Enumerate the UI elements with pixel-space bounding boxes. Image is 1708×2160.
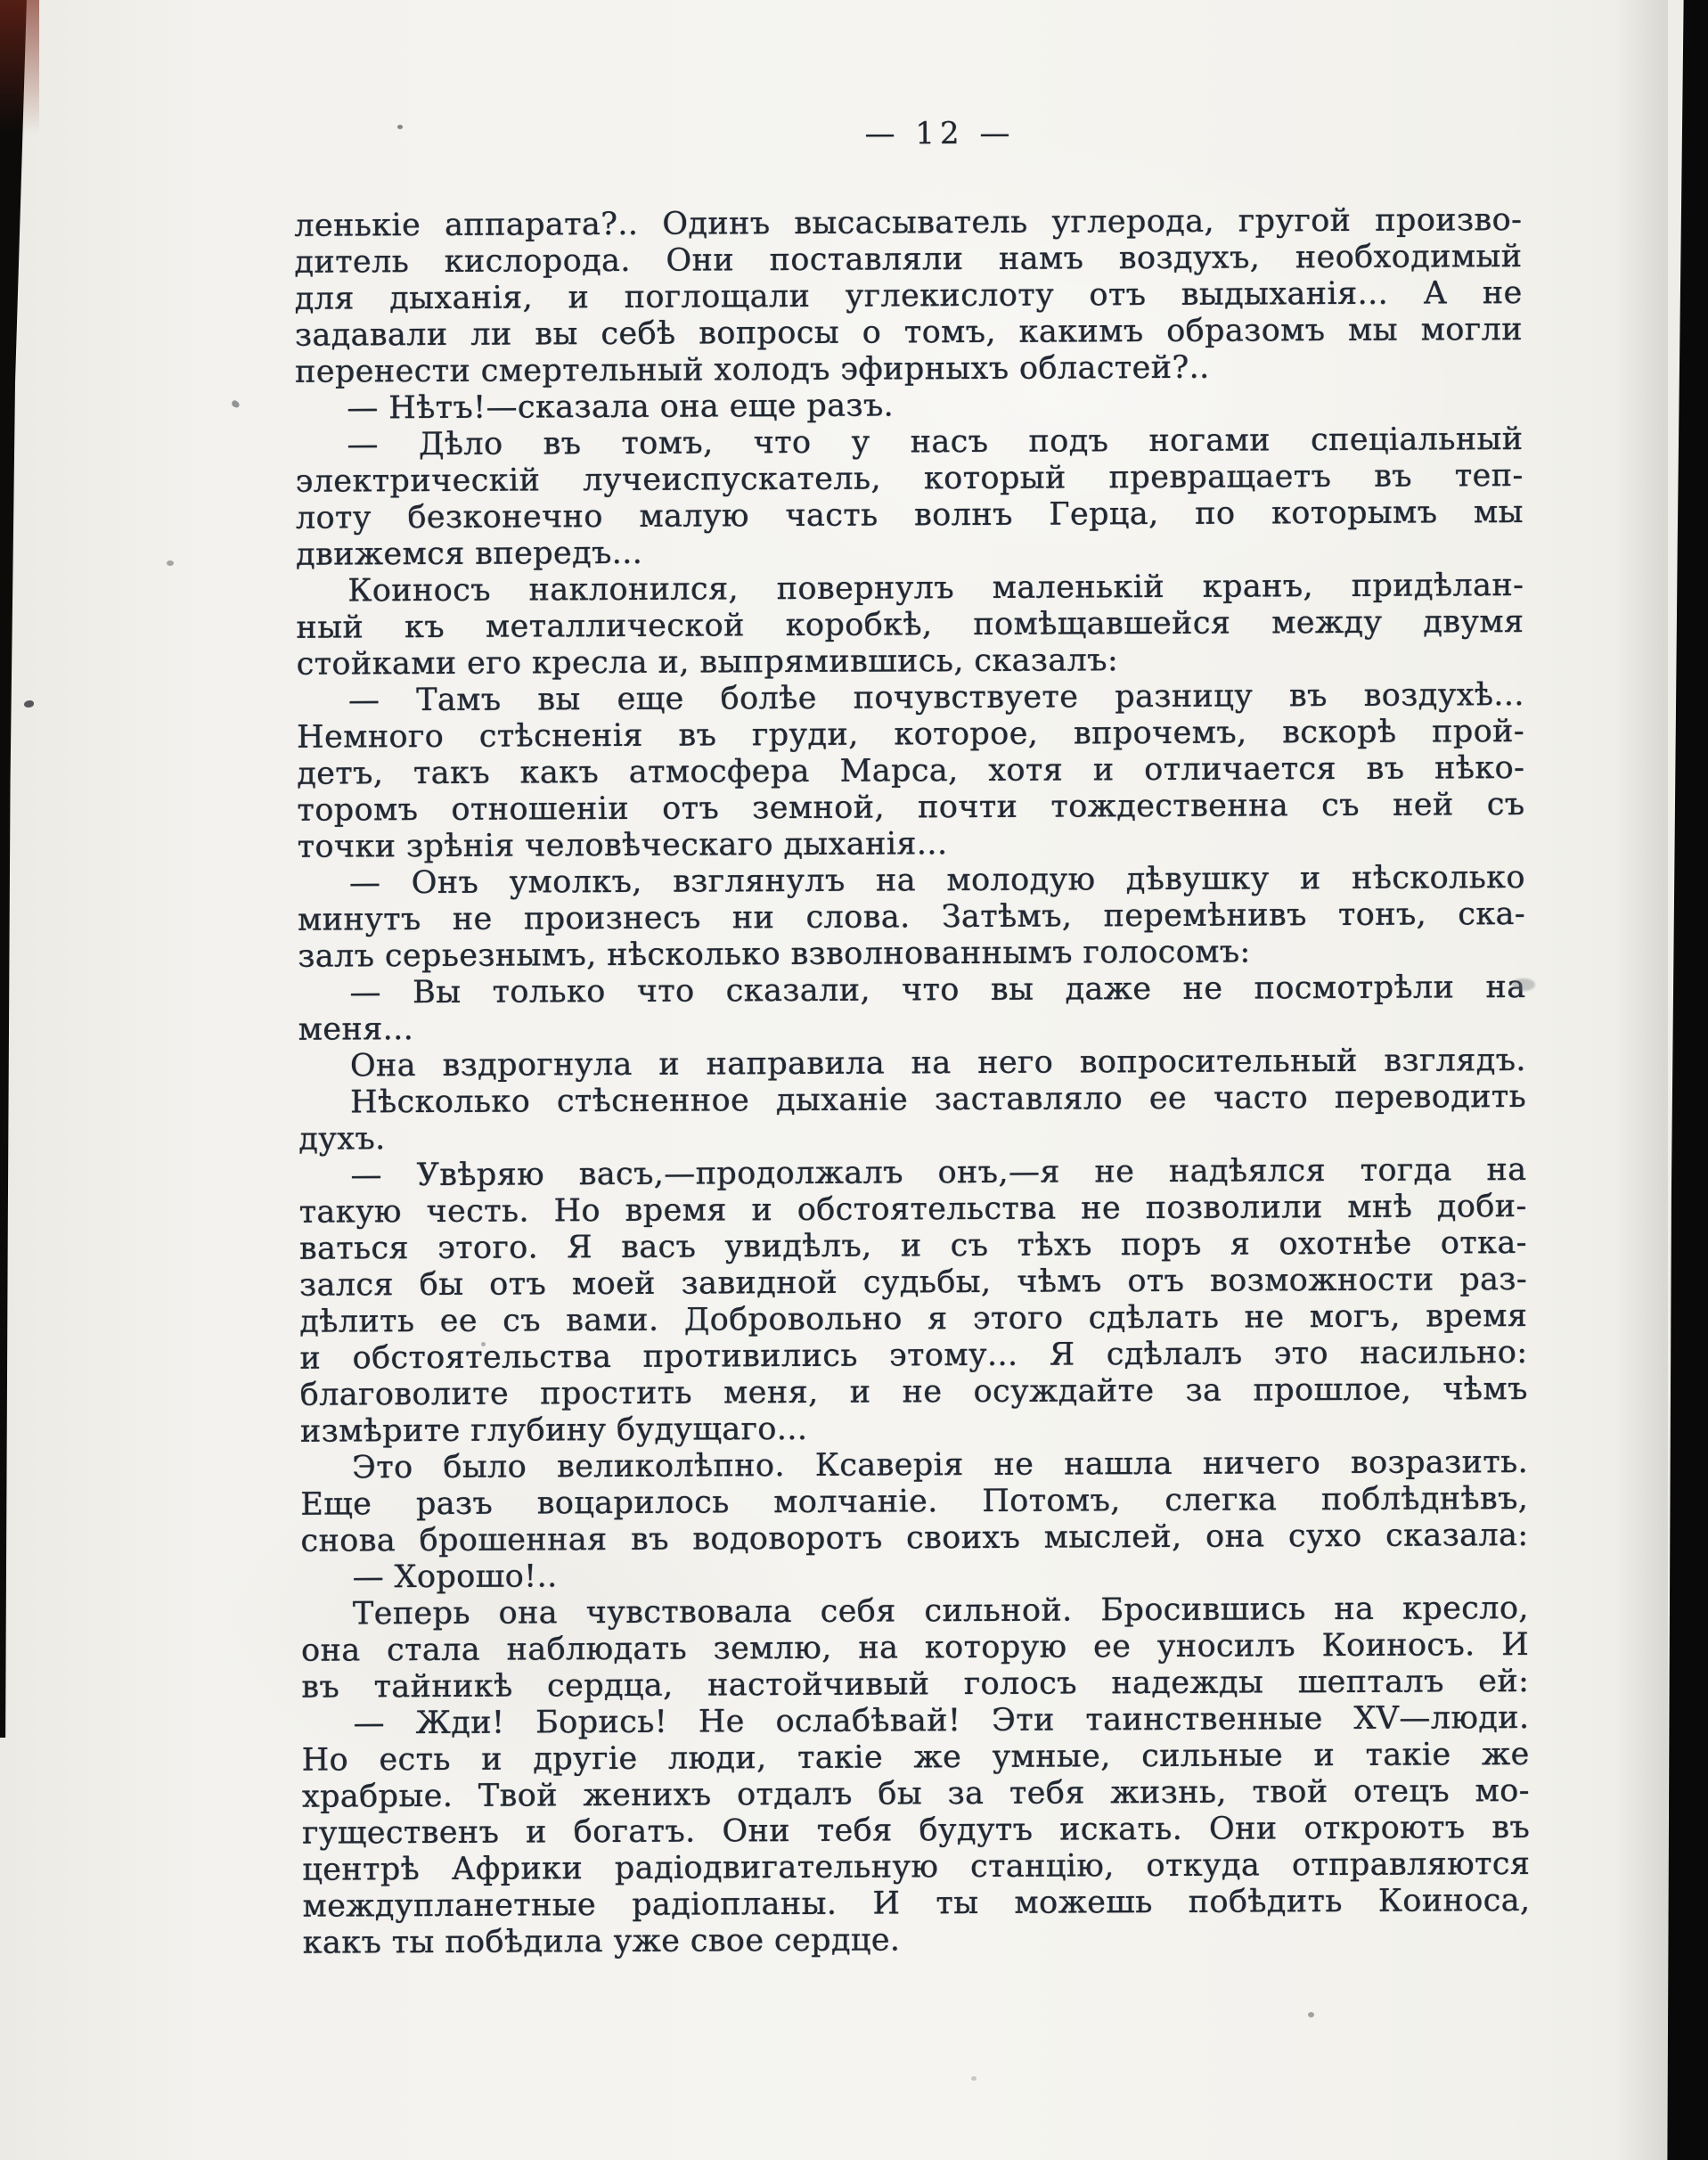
text-line: перенести смертельный холодъ эфирныхъ об… xyxy=(295,348,1523,391)
text-line: ваться этого. Я васъ увидѣлъ, и съ тѣхъ … xyxy=(299,1225,1527,1268)
ink-speck xyxy=(167,560,174,566)
text-line: Теперь она чувствовала себя сильной. Бро… xyxy=(301,1591,1529,1633)
text-line: дѣлить ее съ вами. Добровольно я этого с… xyxy=(299,1298,1527,1341)
text-line: лоту безконечно малую часть волнъ Герца,… xyxy=(296,495,1524,537)
text-line: Еще разъ воцарилось молчаніе. Потомъ, сл… xyxy=(300,1481,1528,1524)
scan-border-left xyxy=(0,0,30,1738)
scan-corner-tint xyxy=(0,0,39,134)
text-line: духъ. xyxy=(298,1116,1526,1158)
text-line: междупланетные радіопланы. И ты можешь п… xyxy=(302,1883,1530,1926)
text-line: измѣрите глубину будущаго... xyxy=(300,1408,1528,1451)
text-line: гущественъ и богатъ. Они тебя будутъ иск… xyxy=(302,1810,1530,1853)
text-line: — Хорошо!.. xyxy=(301,1554,1529,1597)
text-line: какъ ты побѣдила уже свое сердце. xyxy=(303,1919,1531,1962)
ink-speck xyxy=(481,1342,486,1346)
text-line: меня... xyxy=(298,1006,1526,1049)
text-line: — Увѣряю васъ,—продолжалъ онъ,—я не надѣ… xyxy=(298,1152,1526,1195)
text-line: благоволите простить меня, и не осуждайт… xyxy=(300,1371,1528,1414)
page-edge-shadow xyxy=(1614,0,1668,2160)
page-text: ленькіе аппарата?.. Одинъ высасыватель у… xyxy=(294,202,1531,1962)
text-line: — Вы только что сказали, что вы даже не … xyxy=(298,970,1525,1012)
text-line: Коиносъ наклонился, повернулъ маленькій … xyxy=(296,568,1524,610)
text-line: детъ, такъ какъ атмосфера Марса, хотя и … xyxy=(297,750,1524,793)
text-line: задавали ли вы себѣ вопросы о томъ, каки… xyxy=(295,312,1523,355)
text-line: точки зрѣнія человѣческаго дыханія... xyxy=(298,823,1525,866)
text-line: центрѣ Африки радіодвигательную станцію,… xyxy=(302,1846,1530,1889)
ink-smudge xyxy=(1512,978,1535,991)
text-line: Это было великолѣпно. Ксаверія не нашла … xyxy=(300,1444,1528,1487)
text-line: — Дѣло въ томъ, что у насъ подъ ногами с… xyxy=(295,421,1523,464)
text-line: зался бы отъ моей завидной судьбы, чѣмъ … xyxy=(299,1262,1527,1305)
ink-speck xyxy=(231,399,241,409)
text-line: храбрые. Твой женихъ отдалъ бы за тебя ж… xyxy=(302,1773,1530,1816)
text-line: въ тайникѣ сердца, настойчивый голосъ на… xyxy=(301,1664,1529,1706)
text-line: ный къ металлической коробкѣ, помѣщавшей… xyxy=(296,604,1524,647)
text-line: дитель кислорода. Они поставляли намъ во… xyxy=(294,239,1522,282)
text-line: стойками его кресла и, выпрямившись, ска… xyxy=(297,641,1524,683)
text-line: залъ серьезнымъ, нѣсколько взволнованным… xyxy=(298,933,1525,976)
text-line: минутъ не произнесъ ни слова. Затѣмъ, пе… xyxy=(298,896,1525,939)
text-line: для дыханія, и поглощали углекислоту отъ… xyxy=(295,275,1523,318)
text-line: Нѣсколько стѣсненное дыханіе заставляло … xyxy=(298,1079,1526,1122)
text-line: торомъ отношеніи отъ земной, почти тожде… xyxy=(297,787,1524,830)
scanned-book-page: — 12 — ленькіе аппарата?.. Одинъ высасыв… xyxy=(0,0,1708,2160)
text-line: Она вздрогнула и направила на него вопро… xyxy=(298,1043,1526,1085)
text-line: ленькіе аппарата?.. Одинъ высасыватель у… xyxy=(294,202,1522,245)
text-line: — Тамъ вы еще болѣе почувствуете разницу… xyxy=(297,677,1524,720)
text-line: электрическій лучеиспускатель, который п… xyxy=(296,458,1524,501)
text-line: — Онъ умолкъ, взглянулъ на молодую дѣвуш… xyxy=(298,860,1525,903)
ink-speck xyxy=(1308,2012,1314,2017)
ink-speck xyxy=(971,2076,977,2081)
text-line: такую честь. Но время и обстоятельства н… xyxy=(299,1189,1527,1231)
text-line: она стала наблюдать землю, на которую ее… xyxy=(301,1627,1529,1670)
text-line: Но есть и другіе люди, такіе же умные, с… xyxy=(302,1737,1530,1780)
text-line: снова брошенная въ водоворотъ своихъ мыс… xyxy=(300,1518,1528,1560)
text-line: движемся впередъ... xyxy=(296,531,1524,574)
text-line: — Жди! Борись! Не ослабѣвай! Эти таинств… xyxy=(301,1700,1529,1743)
page-number: — 12 — xyxy=(806,115,1074,151)
ink-speck xyxy=(397,125,403,129)
text-line: — Нѣтъ!—сказала она еще разъ. xyxy=(295,385,1523,428)
ink-speck xyxy=(24,700,34,708)
text-line: Немного стѣсненія въ груди, которое, впр… xyxy=(297,714,1524,757)
